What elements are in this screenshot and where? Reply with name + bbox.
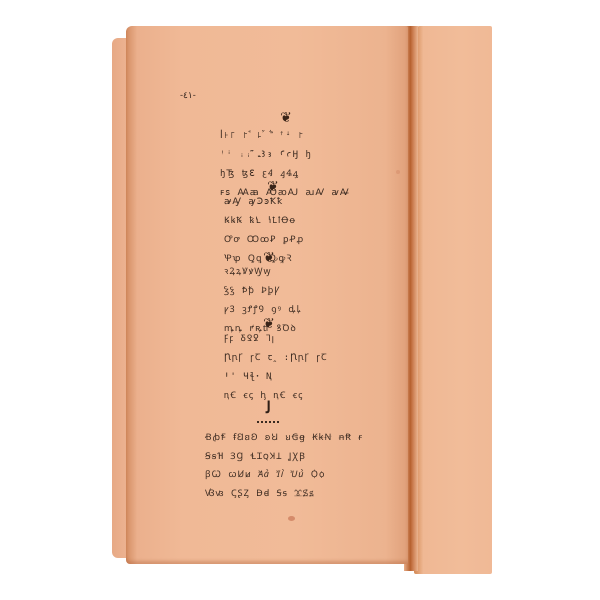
prose-line: ꞵꞶ ꞷꞸꞹ Ꞻꞻ Ꞽꞽ Ꞿꞿ Ꟁꟁ: [205, 469, 325, 481]
verse-line: ꝩꝪ ꝫꝬꝭꝮ ꝯꝰ ꝱꝲ: [224, 304, 302, 316]
prose-line: Ꟃꟃ ꟄꟅꟆ Ꟈꟈ Ꟊꟊ ꟋꟌꟍ: [205, 488, 325, 500]
verse-line: Ꝍꝍ ꝎꝏꝐ ꝑꝒꝓ: [224, 234, 304, 246]
verse-line: ꞑꞒ ꞓꞔ ꞕ ꞑꞒ ꞓꞔ: [224, 390, 328, 402]
divider-rule: [257, 421, 279, 423]
fleuron-ornament-icon: ❦: [262, 318, 276, 330]
fleuron-ornament-icon: ❦: [262, 252, 276, 264]
paper-stain: [288, 516, 295, 521]
paper-stain: [396, 170, 400, 174]
fleuron-ornament-icon: ❦: [266, 181, 280, 193]
prose-line: ꞨꞩꞪ ꞫꞬ ꞭꞮꞯꞰꞱ ꞲꞳꞴ: [205, 451, 363, 463]
verse-line: ꟾ꜔꜒ ꜓ꜗ ꜕ꜘ ꜙꜚ ꜛꜜ ꜓: [220, 130, 350, 142]
verse-line: ꜻꜼ ꜽꜾꜿꝀꝁ: [224, 196, 304, 208]
section-mark: ﻟ: [266, 398, 271, 417]
paragraph-2: ꞵꞶ ꞷꞸꞹ Ꞻꞻ Ꞽꞽ Ꞿꞿ Ꟁꟁ Ꟃꟃ ꟄꟅꟆ Ꟈꟈ Ꟊꟊ ꟋꟌꟍ: [205, 469, 325, 507]
verse-line: ꜧꜨ ꜩꜪ ꜫꜬ ꜭꜮꜯ: [220, 168, 350, 180]
verse-line: Ꞌꞌ Ɥꞎꞏ Ꞑ: [224, 371, 328, 383]
verse-line: ꜝꜞ ꜟꜟ꜠ ꜡Ꜣꜣ ꜤꜥꜦ ꜧ: [220, 149, 350, 161]
book-photo: -٤١- ❦ ꟾ꜔꜒ ꜓ꜗ ꜕ꜘ ꜙꜚ ꜛꜜ ꜓ ꜝꜞ ꜟꜟ꜠ ꜡Ꜣꜣ ꜤꜥꜦ …: [0, 0, 600, 600]
page-number: -٤١-: [180, 91, 196, 101]
paragraph-1: ꞖꞗꞘ ꞙꞚꞛꞜ ꞝꞞ ꞟꞠꞡ ꞢꞣꞤ ꞥꞦ ꞧ ꞨꞩꞪ ꞫꞬ ꞭꞮꞯꞰꞱ ꞲꞳ…: [205, 432, 363, 470]
verse-line: ꝂꝃꝄ ꝅꝆ ꝇꝈꝉꝊꝋ: [224, 215, 304, 227]
verse-line: Ꝣꝣ Ꝥꝥ ꝦꝧꝨ: [224, 285, 302, 297]
verse-line: ꝛꝜꝝꝞꝟꝠꝡ: [224, 266, 302, 278]
verse-line: ꞂꞃꞄ ꞅꞆ ꞇꞈ ꞉ꞂꞃꞄ ꞅꞆ: [224, 352, 328, 364]
stanza-4: Ꝼꝼ ꝽꝾꝿ Ꞁꞁ ꞂꞃꞄ ꞅꞆ ꞇꞈ ꞉ꞂꞃꞄ ꞅꞆ Ꞌꞌ Ɥꞎꞏ Ꞑ ꞑꞒ …: [224, 333, 328, 409]
stanza-1: ꟾ꜔꜒ ꜓ꜗ ꜕ꜘ ꜙꜚ ꜛꜜ ꜓ ꜝꜞ ꜟꜟ꜠ ꜡Ꜣꜣ ꜤꜥꜦ ꜧ ꜧꜨ ꜩꜪ…: [220, 130, 350, 206]
right-page: [414, 26, 492, 574]
prose-line: ꞖꞗꞘ ꞙꞚꞛꞜ ꞝꞞ ꞟꞠꞡ ꞢꞣꞤ ꞥꞦ ꞧ: [205, 432, 363, 444]
fleuron-ornament-icon: ❦: [279, 112, 293, 124]
verse-line: Ꝼꝼ ꝽꝾꝿ Ꞁꞁ: [224, 333, 328, 345]
